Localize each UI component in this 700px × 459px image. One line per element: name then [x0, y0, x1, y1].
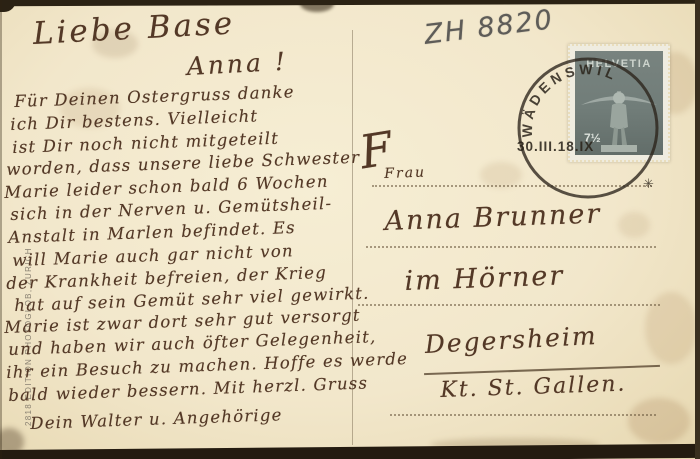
postmark-town: WÄDENSWIL: [519, 61, 621, 137]
scan-border-top: [0, 0, 700, 6]
address-rule: [358, 304, 660, 306]
address-rule: [390, 414, 656, 416]
postmark-ornament-star: ✳: [643, 177, 654, 192]
salutation-line: Anna !: [186, 47, 289, 81]
scan-corner-top-left: [0, 0, 16, 12]
postmark-date: 30.III.18.IX: [517, 139, 594, 154]
scan-border-right: [695, 0, 700, 459]
stain: [645, 292, 697, 364]
address-line-frau: Frau: [384, 165, 426, 182]
stain: [628, 398, 690, 444]
address-line-canton: Kt. St. Gallen.: [440, 372, 627, 403]
postcard-back-scan: 2818 EDITION PHOTOGLOB, ZURICH Liebe Bas…: [0, 0, 700, 459]
scan-border-left: [0, 0, 2, 459]
postmark: WÄDENSWIL 30.III.18.IX ✳: [505, 48, 680, 213]
address-rule: [366, 246, 656, 248]
svg-text:WÄDENSWIL: WÄDENSWIL: [519, 61, 621, 137]
message-line: Dein Walter u. Angehörige: [30, 405, 283, 433]
stain: [618, 212, 650, 238]
address-line-town: Degersheim: [424, 321, 598, 359]
pencil-note: ZH 8820: [423, 4, 556, 51]
salutation-line: Liebe Base: [32, 5, 236, 52]
address-line-street: im Hörner: [404, 260, 565, 297]
scan-border-bottom: [0, 444, 700, 459]
